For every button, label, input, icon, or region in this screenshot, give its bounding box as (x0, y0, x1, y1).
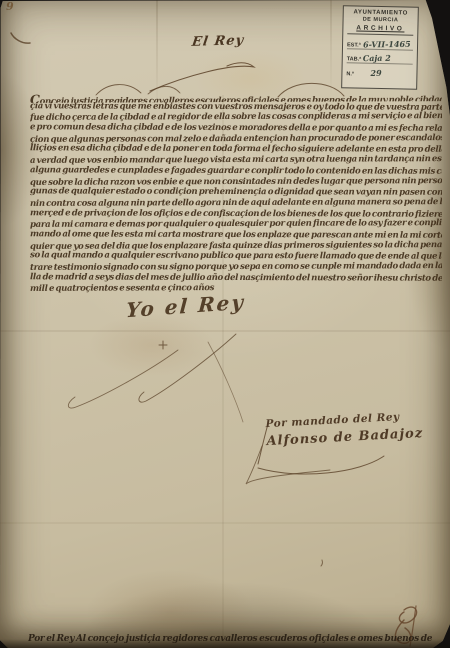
secretary-name: Alfonso de Badajoz (266, 426, 423, 449)
stamp-field-value: 29 (370, 67, 381, 77)
stamp-field-tabla: TAB.ª Caja 2 (347, 49, 413, 65)
photo-background: 9 (0, 0, 450, 648)
bottom-docket-text: Por el Rey Al conçejo justiçia regidores… (28, 634, 432, 648)
archivist-pencil-mark: 9 (6, 0, 14, 13)
royal-signature: Yo el Rey (125, 290, 245, 322)
fold-crease (0, 522, 450, 524)
stamp-field-numero: N.º 29 (346, 63, 412, 78)
comma-mark (321, 560, 322, 566)
stamp-field-label: EST.ª (347, 42, 361, 48)
archive-stamp: AYUNTAMIENTO DE MURCIA ARCHIVO EST.ª 6-V… (341, 5, 419, 90)
stamp-field-estante: EST.ª 6-VII-1465 (347, 34, 413, 50)
manuscript-page: 9 (0, 0, 450, 648)
signature-rubric (68, 350, 178, 408)
fold-crease (330, 0, 332, 96)
signature-rubric (208, 342, 243, 422)
stamp-field-label: TAB.ª (347, 56, 362, 62)
heading-flourish (150, 63, 254, 91)
secretary-signature: Por mandado del Rey Alfonso de Badajoz (265, 410, 423, 449)
stamp-field-label: N.º (346, 71, 354, 77)
cross-mark (159, 341, 167, 349)
fold-crease (0, 330, 450, 332)
signature-rubric (139, 334, 236, 402)
stamp-field-value: Caja 2 (363, 53, 391, 63)
stamp-city: DE MURCIA (348, 16, 414, 23)
manuscript-body: Conçejo justiçia regidores cavalleros es… (30, 91, 442, 294)
secretary-rubric (258, 456, 384, 474)
royal-heading: El Rey (191, 33, 245, 50)
hook-mark (11, 33, 30, 43)
stamp-field-value: 6-VII-1465 (363, 38, 411, 49)
